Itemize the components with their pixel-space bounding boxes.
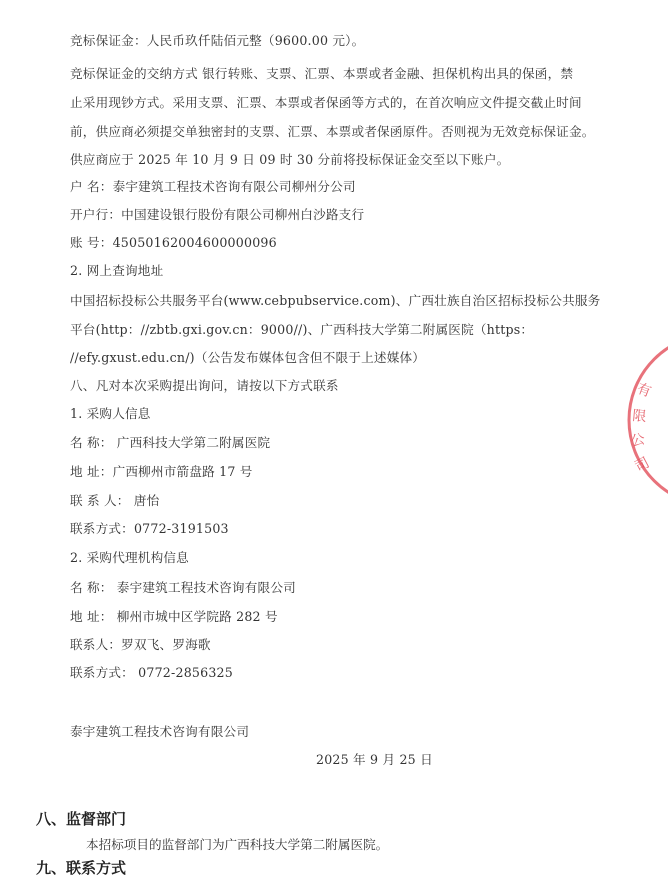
supervision-heading: 八、监督部门 [36, 808, 126, 829]
online-line-3: //efy.gxust.edu.cn/)（公告发布媒体包含但不限于上述媒体） [70, 350, 425, 366]
purchaser-address: 地 址：广西柳州市箭盘路 17 号 [70, 464, 253, 480]
svg-text:司: 司 [632, 455, 652, 476]
deposit-amount: 竞标保证金：人民币玖仟陆佰元整（9600.00 元）。 [70, 33, 364, 49]
deposit-method-line-1: 竞标保证金的交纳方式 银行转账、支票、汇票、本票或者金融、担保机构出具的保函，禁 [70, 66, 573, 82]
document-page: 竞标保证金：人民币玖仟陆佰元整（9600.00 元）。 竞标保证金的交纳方式 银… [0, 0, 668, 894]
agency-address: 地 址： 柳州市城中区学院路 282 号 [70, 609, 278, 625]
deposit-deadline: 供应商应于 2025 年 10 月 9 日 09 时 30 分前将投标保证金交至… [70, 152, 509, 168]
svg-text:限: 限 [632, 408, 647, 425]
inquiry-title: 八、凡对本次采购提出询问，请按以下方式联系 [70, 378, 339, 394]
purchaser-name: 名 称： 广西科技大学第二附属医院 [70, 435, 270, 451]
deposit-method-line-2: 止采用现钞方式。采用支票、汇票、本票或者保函等方式的，在首次响应文件提交截止时间 [70, 95, 582, 111]
company-seal-stamp: 有 限 公 司 [600, 340, 668, 500]
deposit-method-line-3: 前，供应商必须提交单独密封的支票、汇票、本票或者保函原件。否则视为无效竞标保证金… [70, 124, 595, 140]
agency-contact: 联系人：罗双飞、罗海歌 [70, 637, 211, 653]
contact-heading: 九、联系方式 [36, 857, 126, 878]
agency-phone: 联系方式： 0772-2856325 [70, 665, 233, 681]
svg-text:公: 公 [630, 431, 647, 450]
purchaser-phone: 联系方式：0772-3191503 [70, 521, 229, 537]
signature-company: 泰宇建筑工程技术咨询有限公司 [70, 724, 249, 740]
account-name: 户 名：泰宇建筑工程技术咨询有限公司柳州分公司 [70, 179, 356, 195]
seal-icon: 有 限 公 司 [600, 340, 668, 500]
signature-date: 2025 年 9 月 25 日 [316, 752, 433, 768]
supervision-text: 本招标项目的监督部门为广西科技大学第二附属医院。 [86, 834, 388, 853]
online-line-1: 中国招标投标公共服务平台(www.cebpubservice.com)、广西壮族… [70, 293, 600, 309]
purchaser-contact: 联 系 人： 唐怡 [70, 493, 159, 509]
agency-title: 2. 采购代理机构信息 [70, 550, 189, 566]
account-number: 账 号：45050162004600000096 [70, 235, 277, 251]
online-line-2: 平台(http：//zbtb.gxi.gov.cn：9000//)、广西科技大学… [70, 322, 533, 338]
online-title: 2. 网上查询地址 [70, 263, 163, 279]
purchaser-title: 1. 采购人信息 [70, 406, 151, 422]
bank-name: 开户行：中国建设银行股份有限公司柳州白沙路支行 [70, 207, 364, 223]
agency-name: 名 称： 泰宇建筑工程技术咨询有限公司 [70, 580, 296, 596]
